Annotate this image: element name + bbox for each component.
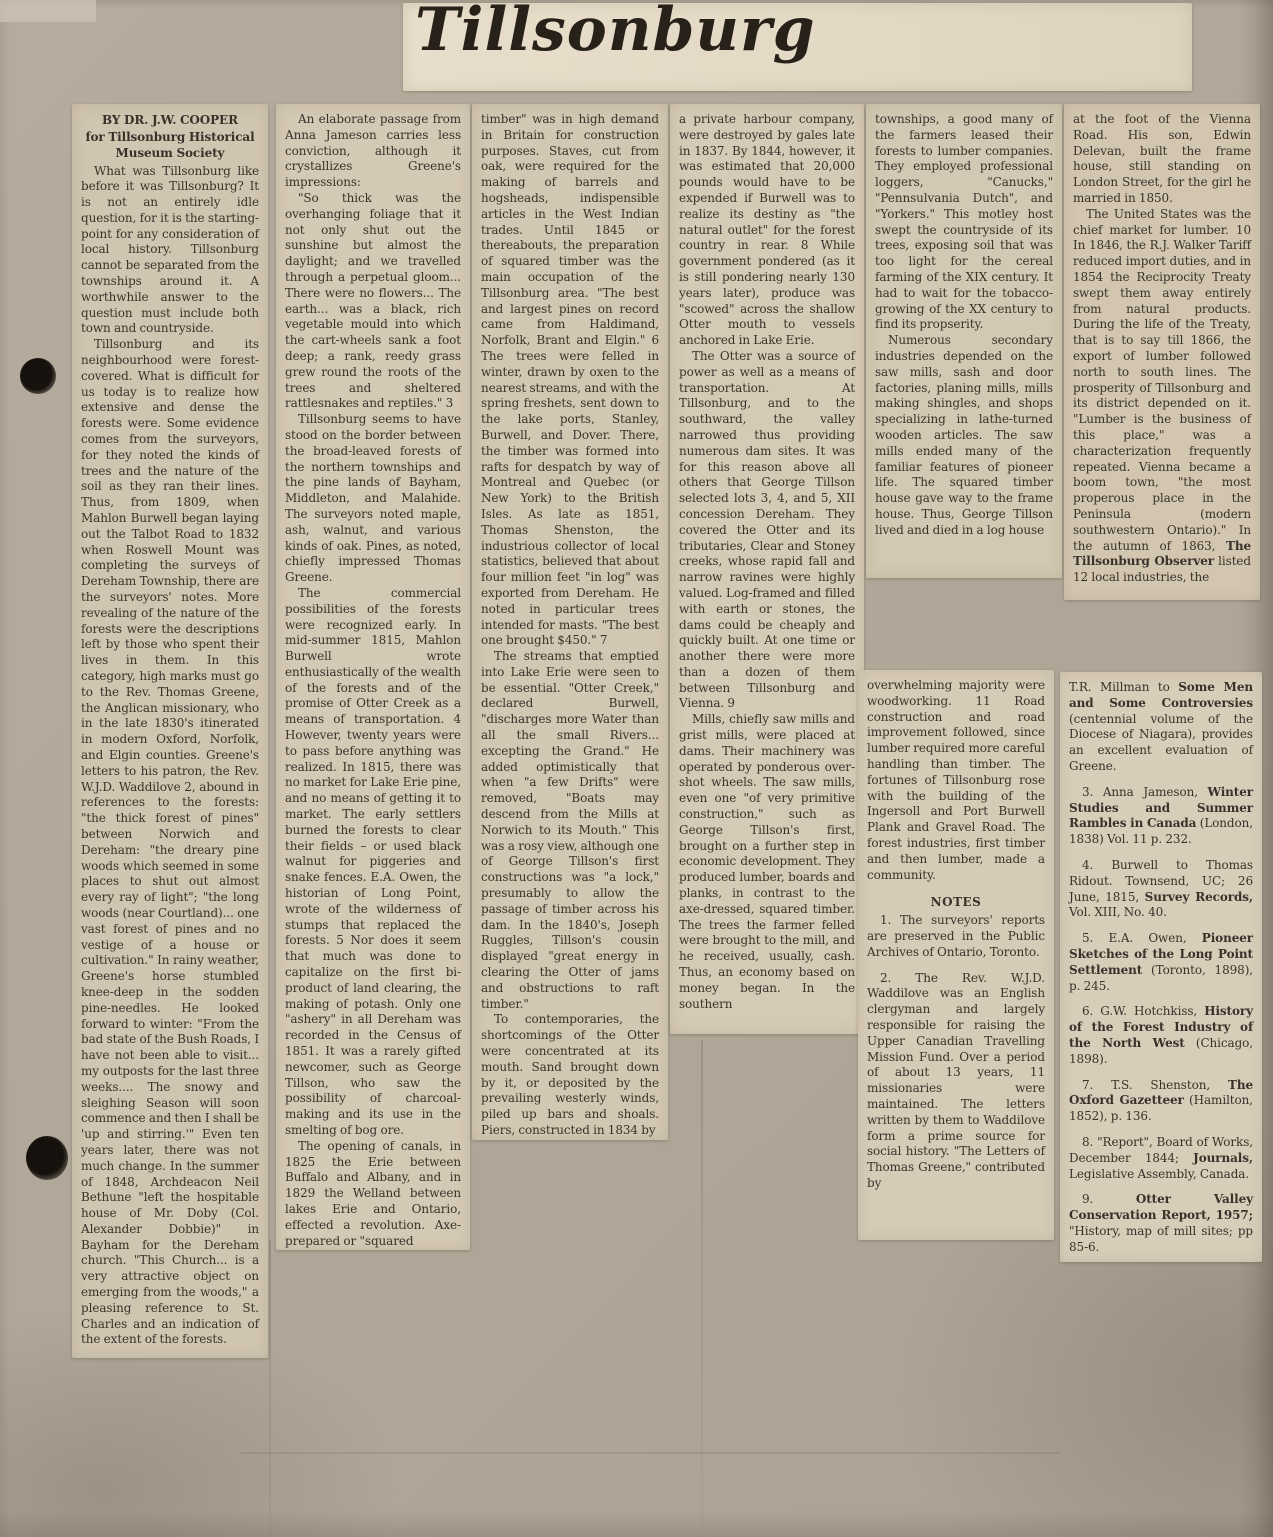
paragraph: Numerous secondary industries depended o… [875,333,1053,538]
page-crease [269,1240,271,1537]
paragraph: The opening of canals, in 1825 the Erie … [285,1139,461,1250]
newspaper-column-6-upper: at the foot of the Vienna Road. His son,… [1064,104,1260,600]
newspaper-column-4: a private harbour company, were destroye… [670,104,864,1034]
page-corner-highlight [0,0,96,22]
newspaper-column-1: BY DR. J.W. COOPERfor Tillsonburg Histor… [72,104,268,1358]
paragraph: Tillsonburg and its neighbourhood were f… [81,337,259,1348]
paragraph: The commercial possibilities of the fore… [285,586,461,1139]
paragraph: overwhelming majority were woodworking. … [867,678,1045,883]
masthead-title: Tillsonburg [415,3,816,65]
paragraph: "So thick was the overhanging foliage th… [285,191,461,412]
paragraph: What was Tillsonburg like before it was … [81,164,259,338]
newspaper-column-2: An elaborate passage from Anna Jameson c… [276,104,470,1250]
paragraph: timber" was in high demand in Britain fo… [481,112,659,649]
paragraph: townships, a good many of the farmers le… [875,112,1053,333]
notes-heading: NOTES [867,895,1045,911]
byline: BY DR. J.W. COOPERfor Tillsonburg Histor… [81,112,259,162]
paragraph: Tillsonburg seems to have stood on the b… [285,412,461,586]
paragraph: at the foot of the Vienna Road. His son,… [1073,112,1251,207]
newspaper-column-5-lower: overwhelming majority were woodworking. … [858,670,1054,1240]
paragraph: 4. Burwell to Thomas Ridout. Townsend, U… [1069,858,1253,921]
newspaper-column-3: timber" was in high demand in Britain fo… [472,104,668,1140]
paragraph: 7. T.S. Shenston, The Oxford Gazetteer (… [1069,1078,1253,1125]
masthead-clipping: Tillsonburg [403,3,1192,91]
paragraph: 8. "Report", Board of Works, December 18… [1069,1135,1253,1182]
punch-hole-top [20,358,56,394]
punch-hole-bottom [26,1136,68,1180]
paragraph: The streams that emptied into Lake Erie … [481,649,659,1012]
scrapbook-page: Tillsonburg BY DR. J.W. COOPERfor Tillso… [0,0,1273,1537]
paragraph: An elaborate passage from Anna Jameson c… [285,112,461,191]
paragraph: 6. G.W. Hotchkiss, History of the Forest… [1069,1004,1253,1067]
paragraph: 9. Otter Valley Conservation Report, 195… [1069,1192,1253,1255]
paragraph: 1. The surveyors' reports are preserved … [867,913,1045,960]
paragraph: 5. E.A. Owen, Pioneer Sketches of the Lo… [1069,931,1253,994]
paragraph: T.R. Millman to Some Men and Some Contro… [1069,680,1253,775]
page-crease [240,1452,1060,1454]
paragraph: The United States was the chief market f… [1073,207,1251,586]
newspaper-column-6-lower: T.R. Millman to Some Men and Some Contro… [1060,672,1262,1262]
newspaper-column-5-upper: townships, a good many of the farmers le… [866,104,1062,578]
paragraph: The Otter was a source of power as well … [679,349,855,712]
paragraph: 3. Anna Jameson, Winter Studies and Summ… [1069,785,1253,848]
paragraph: Mills, chiefly saw mills and grist mills… [679,712,855,1012]
paragraph: 2. The Rev. W.J.D. Waddilove was an Engl… [867,971,1045,1192]
paragraph: To contemporaries, the shortcomings of t… [481,1012,659,1138]
paragraph: a private harbour company, were destroye… [679,112,855,349]
page-crease [701,1040,703,1537]
